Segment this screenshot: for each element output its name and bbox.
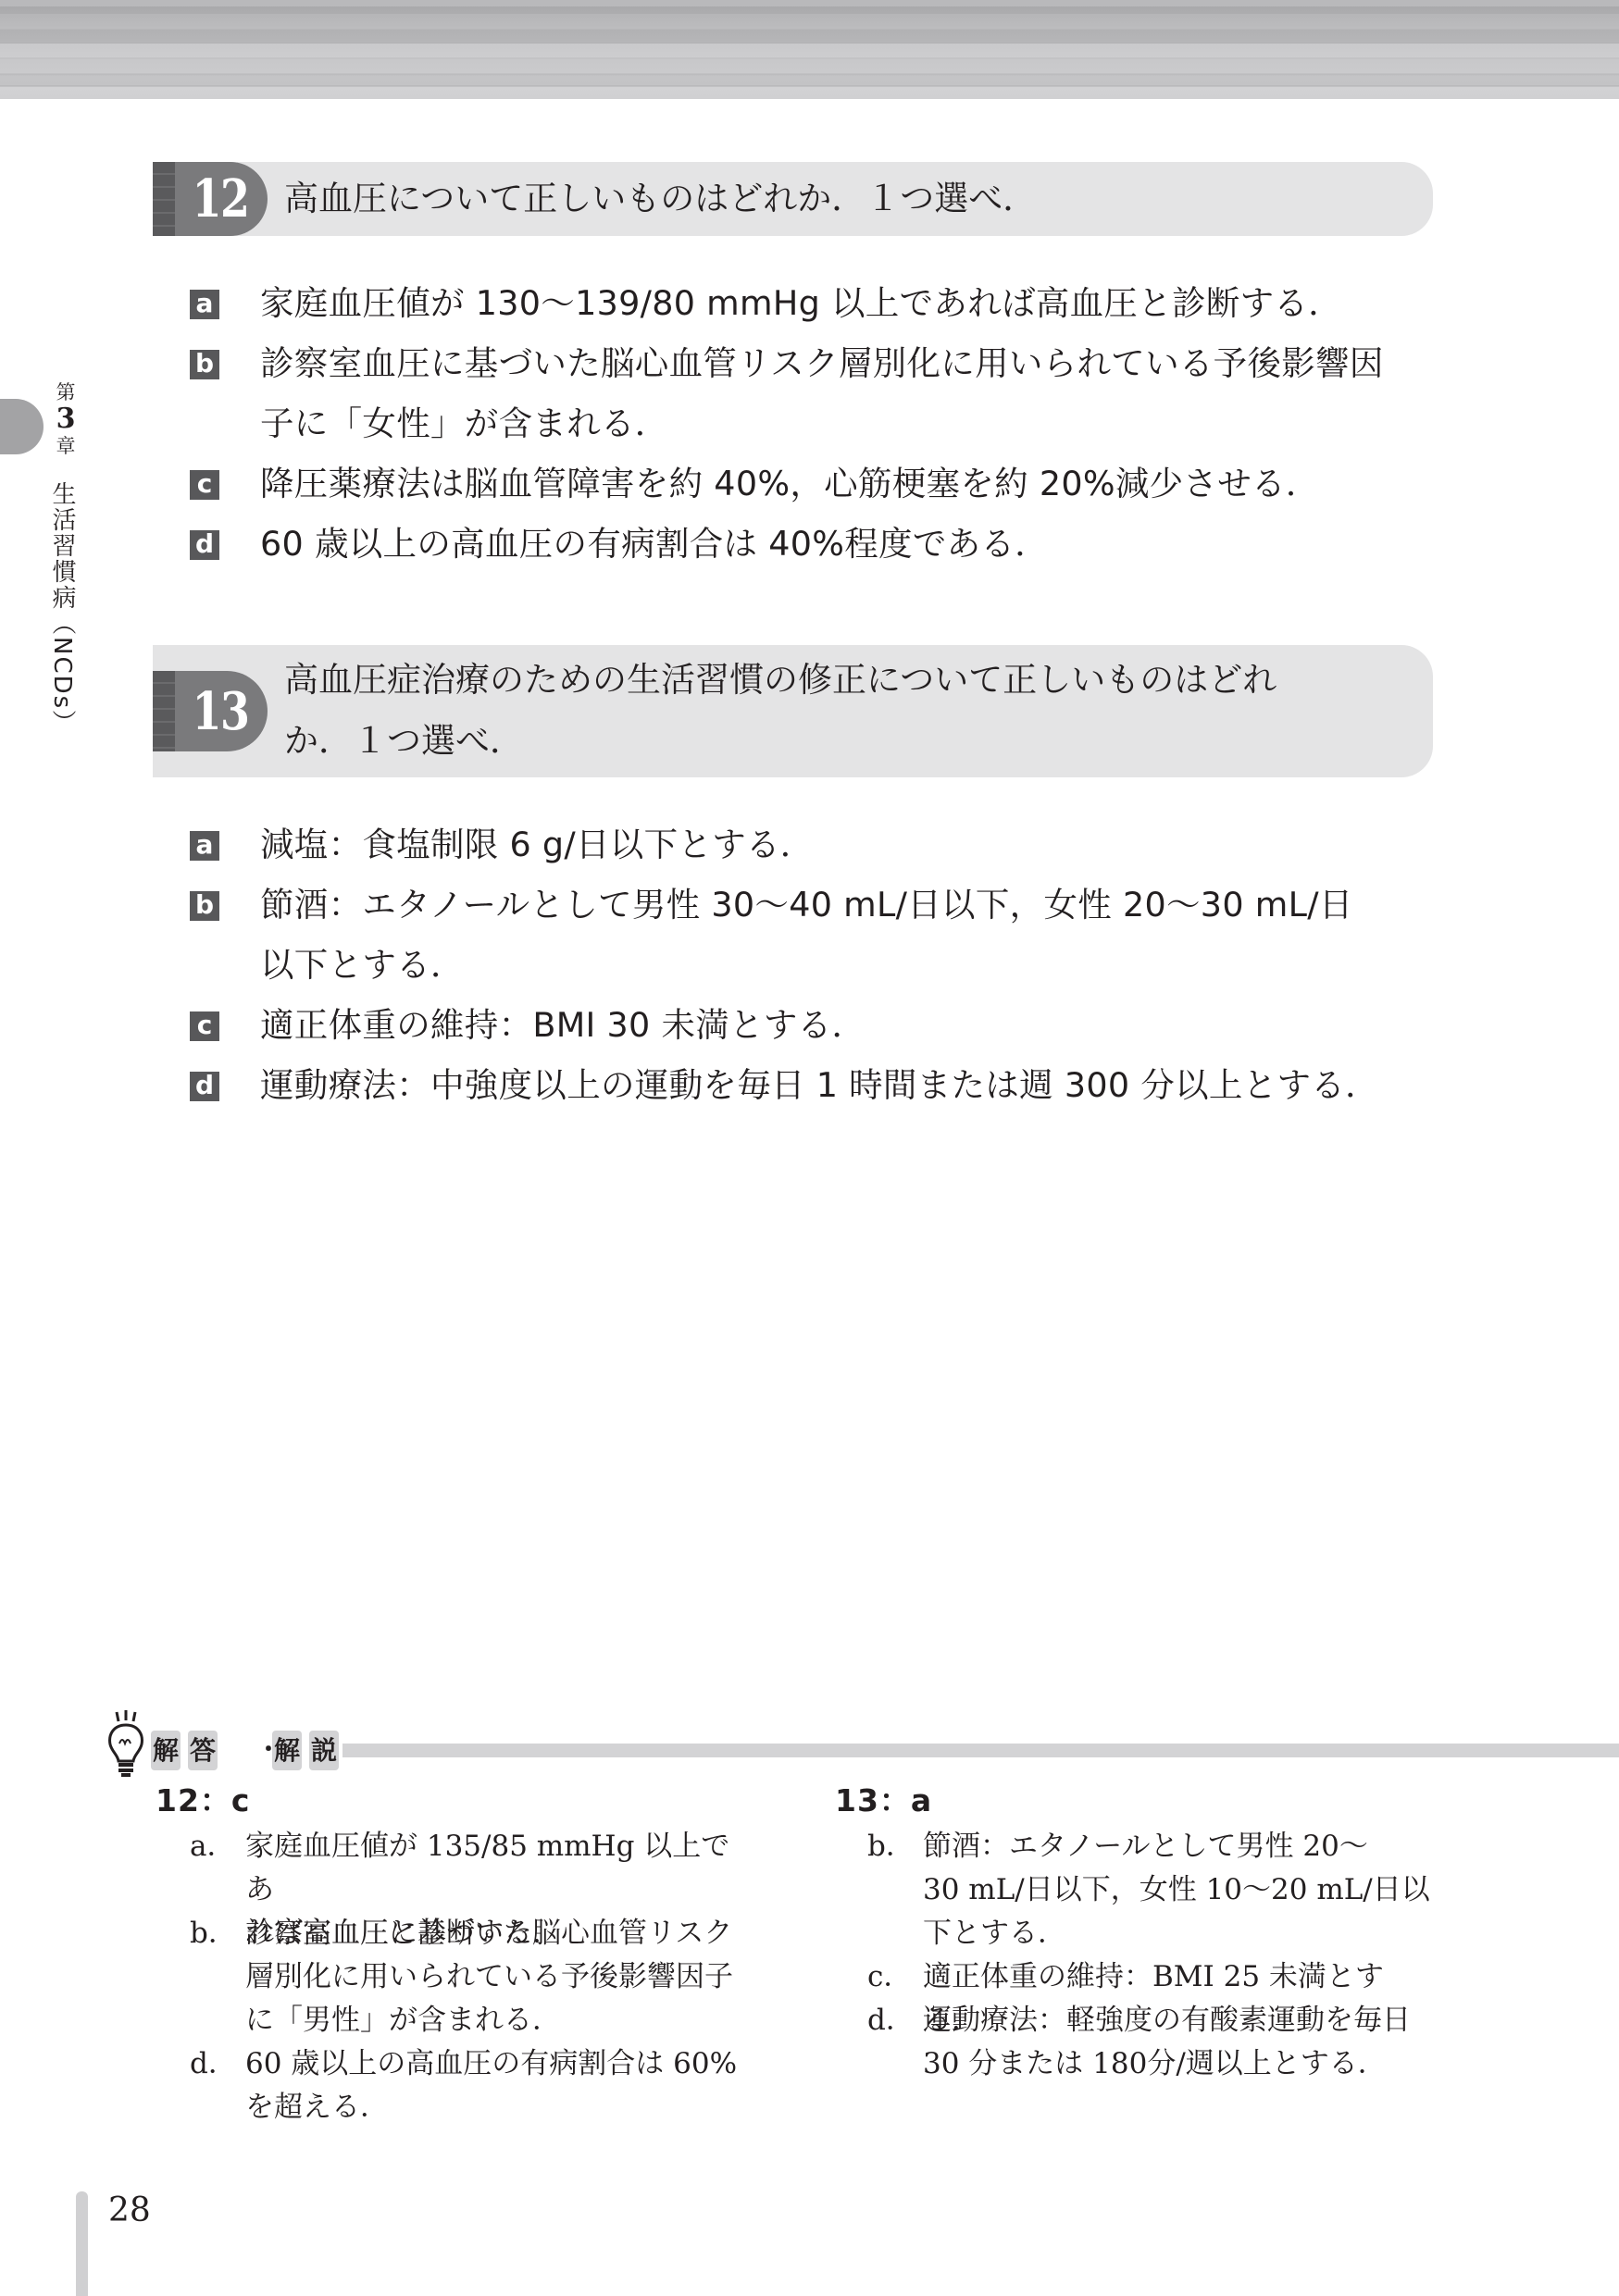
question-title: 高血圧について正しいものはどれか．１つ選べ．: [284, 168, 1405, 230]
page-header-stripes: [0, 0, 1619, 99]
question-number: 12: [186, 162, 255, 236]
option-text: 家庭血圧値が 130～139/80 mmHg 以上であれば高血圧と診断する．: [260, 273, 1439, 333]
option-letter: b: [190, 891, 219, 921]
option-letter: d: [190, 530, 219, 560]
option-letter: b: [190, 350, 219, 379]
question-title: 高血圧症治療のための生活習慣の修正について正しいものはどれ か．１つ選べ．: [284, 650, 1405, 772]
answer-section-rule: [342, 1744, 1619, 1757]
chapter-label: 第 3 章: [52, 381, 80, 457]
question-number-badge: 13: [153, 671, 268, 751]
question-12-header: 12 高血圧について正しいものはどれか．１つ選べ．: [153, 162, 1433, 236]
option-text: 60 歳以上の高血圧の有病割合は 40%程度である．: [260, 514, 1439, 574]
chapter-number: 3: [52, 403, 80, 435]
option-letter: a: [190, 831, 219, 861]
option-text: 降圧薬療法は脳血管障害を約 40%，心筋梗塞を約 20%減少させる．: [260, 453, 1439, 514]
question-13-header: 13 高血圧症治療のための生活習慣の修正について正しいものはどれ か．１つ選べ．: [153, 645, 1433, 777]
answer-heading-chip: 解: [272, 1731, 302, 1770]
option-letter: a: [190, 290, 219, 319]
answer-heading-chip: 答: [188, 1731, 218, 1770]
chapter-prefix: 第: [56, 381, 76, 403]
option-letter: d: [190, 1072, 219, 1101]
chapter-tab: [0, 399, 44, 454]
option-text: 適正体重の維持：BMI 30 未満とする．: [260, 995, 1439, 1055]
option-text: 運動療法：中強度以上の運動を毎日 1 時間または週 300 分以上とする．: [260, 1055, 1439, 1115]
option-letter: c: [190, 1011, 219, 1041]
option-text: 診察室血圧に基づいた脳心血管リスク層別化に用いられている予後影響因子に「女性」が…: [260, 333, 1439, 453]
answer-heading-chip: 説: [309, 1731, 339, 1770]
option-letter: c: [190, 470, 219, 500]
question-number-badge: 12: [153, 162, 268, 236]
answer-heading-chip: 解: [151, 1731, 181, 1770]
chapter-title: 生活習慣病（NCDs）: [52, 481, 80, 736]
page-number: 28: [108, 2191, 151, 2229]
answer-key-12: 12：c: [156, 1782, 250, 1819]
question-number: 13: [186, 671, 255, 751]
chapter-suffix: 章: [56, 435, 76, 457]
answer-key-13: 13：a: [835, 1782, 932, 1819]
option-text: 節酒：エタノールとして男性 30～40 mL/日以下，女性 20～30 mL/日…: [260, 875, 1439, 995]
page-margin-rule: [76, 2191, 88, 2296]
lightbulb-icon: [106, 1710, 146, 1777]
option-text: 減塩：食塩制限 6 g/日以下とする．: [260, 814, 1439, 875]
answer-heading-separator: ・: [256, 1731, 269, 1770]
